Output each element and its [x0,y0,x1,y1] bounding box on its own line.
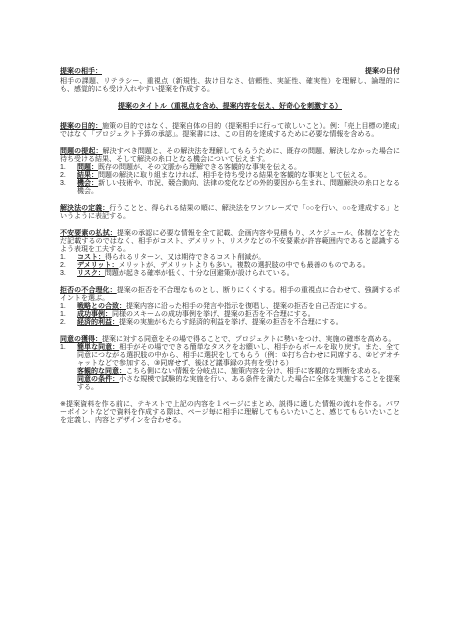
section-items: 1. 戦略との合致：提案内容に沿った相手の発言や指示を復唱し、提案の拒否を自己否… [60,303,400,327]
list-item-text: 提案の実施がもたらす経済的利益を挙げ、提案の拒否を不合理にする。 [119,319,343,326]
list-item-content: デメリット：メリットが、デメリットよりも多い。複数の選択肢の中でも最善のものであ… [77,262,400,270]
list-item: 2. デメリット：メリットが、デメリットよりも多い。複数の選択肢の中でも最善のも… [60,262,400,270]
list-item-content: 成功事例：同様のスキームの成功事例を挙げ、提案の拒否を不合理にする。 [77,311,400,319]
list-item-text: 得られるリターン、又は期待できるコスト削減が。 [105,254,265,261]
section: 同意の獲得：提案に対する同意をその場で得ることで、プロジェクトに勢いをつけ、実施… [60,336,400,392]
header-row: 提案の相手： 提案の日付 [60,68,400,76]
recipient-label: 提案の相手： [60,68,102,76]
list-item-content: リスク：問題が起きる確率が低く、十分な回避策が設けられている。 [77,270,400,278]
section-body: 行うことと、得られる結果の順に、解決法をワンフレーズで「○○を行い、○○を達成す… [60,205,400,220]
list-item-content: 同意の条件：小さな規模で試験的な実施を行い、ある条件を満たした場合に全体を実施す… [77,376,400,392]
list-item-text: 同様のスキームの成功事例を挙げ、提案の拒否を不合理にする。 [112,311,315,318]
footnote: ※提案資料を作る前に、テキストで上記の内容を１ページにまとめ、説得に適した情報の… [60,401,400,425]
list-item-label: 戦略との合致： [77,303,126,310]
section: 不安要素の払拭：提案の承認に必要な情報を全て記載、企画内容や見積もり、スケジュー… [60,230,400,278]
list-item-text: 問題の解決に取り組まなければ、相手を待ち受ける結果を客観的な事実として伝える。 [98,172,371,179]
list-item-number: 3. [60,270,77,278]
list-item-content: 機会：新しい技術や、市況、競合動向、法律の変化などの外的要因から生まれ、問題解決… [77,180,400,196]
section-paragraph: 拒否の不合理化：提案の拒否を不合理なものとし、断りにくくする。相手の重視点に合わ… [60,287,400,303]
list-item-label: 問題： [77,164,98,171]
section-heading: 同意の獲得： [60,336,102,343]
section-items: 1. 問題：既存の問題が、その文脈から理解できる客観的な事実を伝える。 2. 結… [60,164,400,196]
section: 提案の目的：施策の目的ではなく、提案自体の目的（提案相手に行って欲しいこと）。例… [60,123,400,139]
list-item-text: 相手がその場でできる簡単なタスクをお願いし、相手からボールを取り戻す。また、全て… [77,344,400,367]
section: 問題の提起：解決すべき問題と、その解決法を理解してもらうために、既存の問題、解決… [60,148,400,196]
list-item: 1. 問題：既存の問題が、その文脈から理解できる客観的な事実を伝える。 [60,164,400,172]
section-body: 施策の目的ではなく、提案自体の目的（提案相手に行って欲しいこと）。例：「売上目標… [60,123,400,138]
document-page: 提案の相手： 提案の日付 相手の課題、リテラシー、重視点（新規性、抜け目なさ、信… [0,0,453,640]
list-item-text: メリットが、デメリットよりも多い。複数の選択肢の中でも最善のものである。 [118,262,369,269]
list-item-number: 1. [60,344,77,368]
list-item: 客観的な同意：こちら側にない情報を分岐点に、施策内容を分け、相手に客観的な判断を… [60,368,400,376]
section-items: 1. 簡単な同意：相手がその場でできる簡単なタスクをお願いし、相手からボールを取… [60,344,400,392]
section: 拒否の不合理化：提案の拒否を不合理なものとし、断りにくくする。相手の重視点に合わ… [60,287,400,327]
section-heading: 提案の目的： [60,123,102,130]
section-heading: 解決法の定義： [60,205,109,212]
section-heading: 問題の提起： [60,148,103,155]
list-item-number: 3. [60,180,77,196]
list-item-label: 成功事例： [77,311,112,318]
list-item-content: 結果：問題の解決に取り組まなければ、相手を待ち受ける結果を客観的な事実として伝え… [77,172,400,180]
section-body: 解決すべき問題と、その解決法を理解してもらうために、既存の問題、解決しなかった場… [60,148,400,163]
list-item-text: 新しい技術や、市況、競合動向、法律の変化などの外的要因から生まれ、問題解決の糸口… [77,180,400,195]
list-item-label: 結果： [77,172,98,179]
list-item: 同意の条件：小さな規模で試験的な実施を行い、ある条件を満たした場合に全体を実施す… [60,376,400,392]
list-item-number: 1. [60,311,77,319]
list-item-label: デメリット： [77,262,118,269]
list-item-number: 2. [60,319,77,327]
list-item-number: 2. [60,262,77,270]
list-item-label: コスト： [77,254,105,261]
section-paragraph: 同意の獲得：提案に対する同意をその場で得ることで、プロジェクトに勢いをつけ、実施… [60,336,400,344]
list-item-label: リスク： [77,270,105,277]
list-item-number: 1. [60,254,77,262]
list-item-content: 戦略との合致：提案内容に沿った相手の発言や指示を復唱し、提案の拒否を自己否定にす… [77,303,400,311]
list-item-label: 簡単な同意： [77,344,119,351]
section-paragraph: 解決法の定義：行うことと、得られる結果の順に、解決法をワンフレーズで「○○を行い… [60,205,400,221]
list-item: 2. 経済的利益：提案の実施がもたらす経済的利益を挙げ、提案の拒否を不合理にする… [60,319,400,327]
list-item-label: 客観的な同意： [77,368,126,375]
date-label: 提案の日付 [365,68,400,76]
list-item-number [60,376,77,392]
list-item: 3. 機会：新しい技術や、市況、競合動向、法律の変化などの外的要因から生まれ、問… [60,180,400,196]
list-item-content: 簡単な同意：相手がその場でできる簡単なタスクをお願いし、相手からボールを取り戻す… [77,344,400,368]
list-item: 1. コスト：得られるリターン、又は期待できるコスト削減が。 [60,254,400,262]
list-item-content: 客観的な同意：こちら側にない情報を分岐点に、施策内容を分け、相手に客観的な判断を… [77,368,400,376]
list-item-text: 既存の問題が、その文脈から理解できる客観的な事実を伝える。 [98,164,301,171]
list-item: 2. 結果：問題の解決に取り組まなければ、相手を待ち受ける結果を客観的な事実とし… [60,172,400,180]
list-item-label: 経済的利益： [77,319,119,326]
list-item-text: 小さな規模で試験的な実施を行い、ある条件を満たした場合に全体を実施することを提案… [77,376,400,391]
intro-paragraph: 相手の課題、リテラシー、重視点（新規性、抜け目なさ、信頼性、実証性、確実性）を理… [60,78,400,94]
section-items: 1. コスト：得られるリターン、又は期待できるコスト削減が。 2. デメリット：… [60,254,400,278]
sections-container: 提案の目的：施策の目的ではなく、提案自体の目的（提案相手に行って欲しいこと）。例… [60,123,400,392]
section: 解決法の定義：行うことと、得られる結果の順に、解決法をワンフレーズで「○○を行い… [60,205,400,221]
list-item-text: 問題が起きる確率が低く、十分な回避策が設けられている。 [105,270,294,277]
list-item: 1. 成功事例：同様のスキームの成功事例を挙げ、提案の拒否を不合理にする。 [60,311,400,319]
list-item-number: 1. [60,303,77,311]
list-item-content: 経済的利益：提案の実施がもたらす経済的利益を挙げ、提案の拒否を不合理にする。 [77,319,400,327]
list-item-label: 機会： [77,180,98,187]
list-item-content: 問題：既存の問題が、その文脈から理解できる客観的な事実を伝える。 [77,164,400,172]
list-item-text: 提案内容に沿った相手の発言や指示を復唱し、提案の拒否を自己否定にする。 [126,303,371,310]
list-item: 1. 簡単な同意：相手がその場でできる簡単なタスクをお願いし、相手からボールを取… [60,344,400,368]
section-paragraph: 問題の提起：解決すべき問題と、その解決法を理解してもらうために、既存の問題、解決… [60,148,400,164]
section-paragraph: 提案の目的：施策の目的ではなく、提案自体の目的（提案相手に行って欲しいこと）。例… [60,123,400,139]
list-item-content: コスト：得られるリターン、又は期待できるコスト削減が。 [77,254,400,262]
list-item-number [60,368,77,376]
list-item-label: 同意の条件： [77,376,119,383]
section-heading: 拒否の不合理化： [60,287,117,294]
section-paragraph: 不安要素の払拭：提案の承認に必要な情報を全て記載、企画内容や見積もり、スケジュー… [60,230,400,254]
section-heading: 不安要素の払拭： [60,230,117,237]
document-title: 提案のタイトル（重視点を含め、提案内容を伝え、好奇心を刺激する） [60,103,400,111]
list-item-number: 2. [60,172,77,180]
list-item-number: 1. [60,164,77,172]
list-item: 1. 戦略との合致：提案内容に沿った相手の発言や指示を復唱し、提案の拒否を自己否… [60,303,400,311]
list-item: 3. リスク：問題が起きる確率が低く、十分な回避策が設けられている。 [60,270,400,278]
section-body: 提案に対する同意をその場で得ることで、プロジェクトに勢いをつけ、実施の確率を高め… [102,336,395,343]
list-item-text: こちら側にない情報を分岐点に、施策内容を分け、相手に客観的な判断を求める。 [126,368,385,375]
